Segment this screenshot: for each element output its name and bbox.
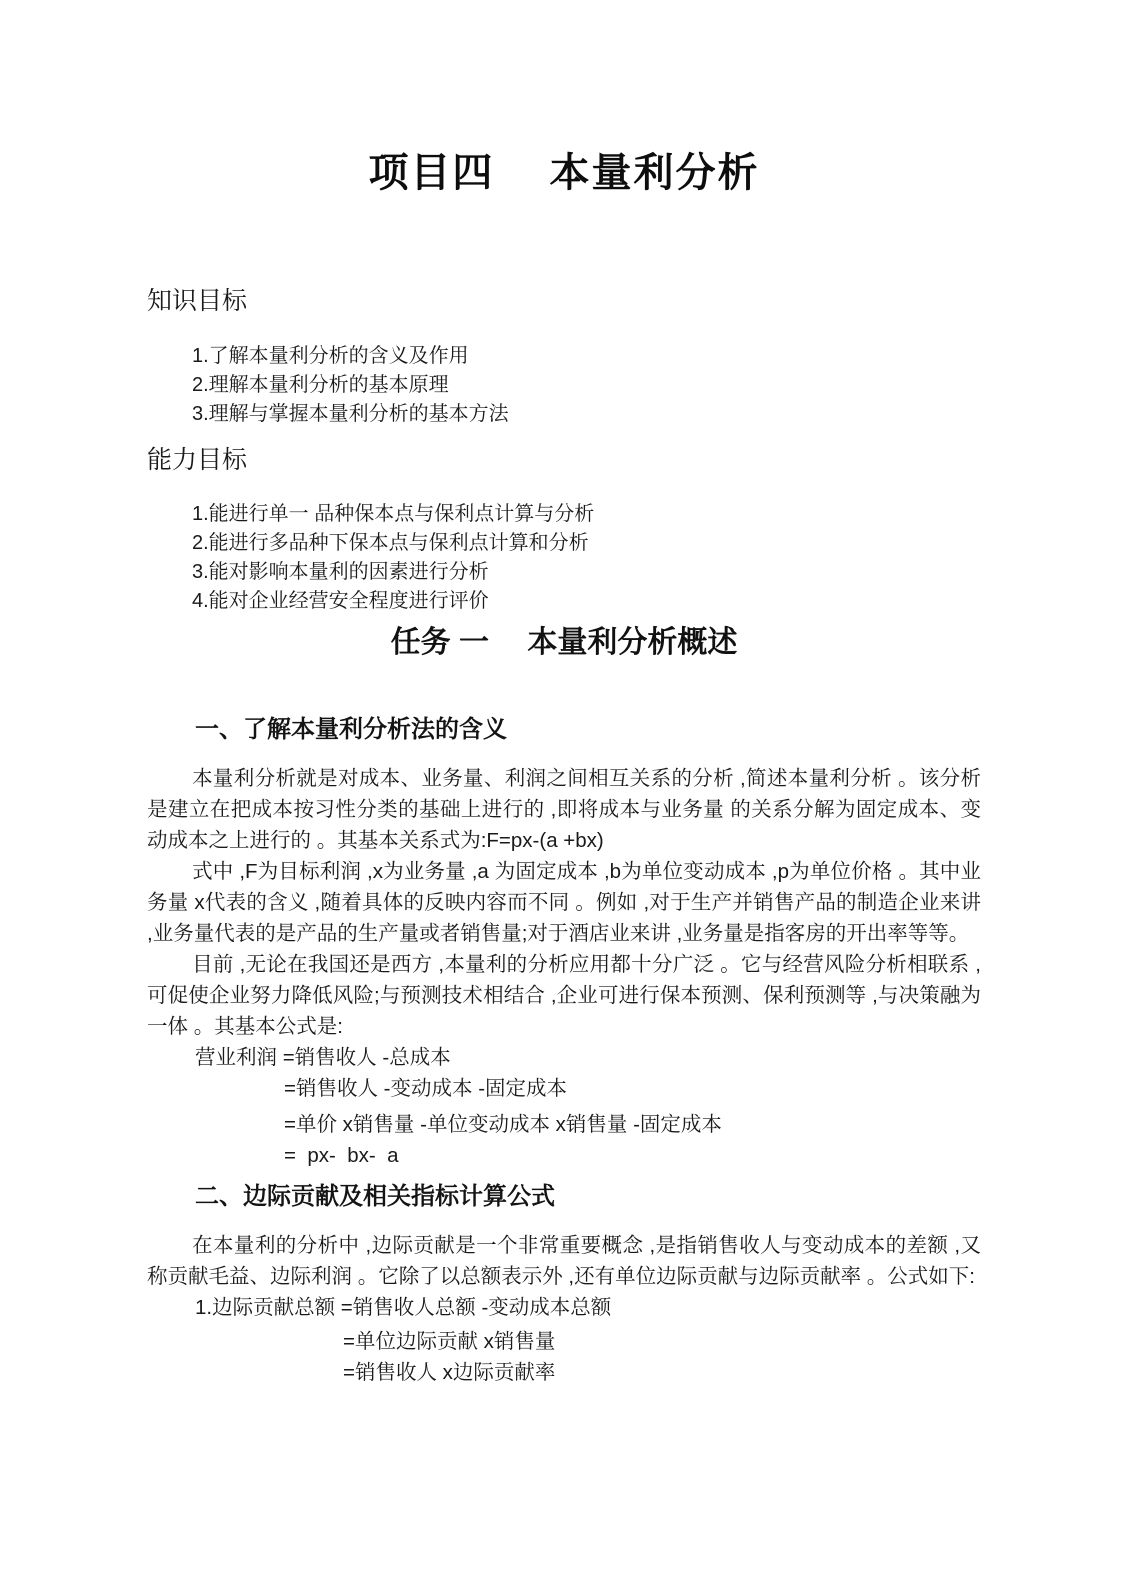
- section1-paragraph-3: 目前 ,无论在我国还是西方 ,本量利的分析应用都十分广泛 。它与经营风险分析相联…: [147, 949, 981, 1042]
- chapter-title: 项目四 本量利分析: [147, 150, 981, 196]
- knowledge-goal-item: 1.了解本量利分析的含义及作用: [192, 342, 981, 371]
- document-page: 项目四 本量利分析 知识目标 1.了解本量利分析的含义及作用 2.理解本量利分析…: [0, 0, 1128, 1570]
- task-heading: 任务 一 本量利分析概述: [147, 624, 981, 662]
- ability-goal-item: 4.能对企业经营安全程度进行评价: [192, 587, 981, 616]
- section1-paragraph-2: 式中 ,F为目标利润 ,x为业务量 ,a 为固定成本 ,b为单位变动成本 ,p为…: [147, 856, 981, 949]
- formula-line: =销售收人 x边际贡献率: [147, 1357, 981, 1388]
- ability-goal-item: 2.能进行多品种下保本点与保利点计算和分析: [192, 529, 981, 558]
- section1-heading: 一、了解本量利分析法的含义: [147, 714, 981, 746]
- formula-line: = px- bx- a: [147, 1140, 981, 1171]
- section2-heading: 二、边际贡献及相关指标计算公式: [147, 1181, 981, 1213]
- formula-line: =单位边际贡献 x销售量: [147, 1326, 981, 1357]
- knowledge-goal-item: 3.理解与掌握本量利分析的基本方法: [192, 400, 981, 429]
- knowledge-goal-item: 2.理解本量利分析的基本原理: [192, 371, 981, 400]
- formula-contribution-margin: 1.边际贡献总额 =销售收人总额 -变动成本总额: [147, 1292, 981, 1323]
- knowledge-goals-heading: 知识目标: [147, 286, 981, 316]
- section1-paragraph-1: 本量利分析就是对成本、业务量、利润之间相互关系的分析 ,简述本量利分析 。该分析…: [147, 763, 981, 856]
- ability-goals-heading: 能力目标: [147, 445, 981, 475]
- formula-line: =销售收人 -变动成本 -固定成本: [147, 1073, 981, 1104]
- ability-goal-item: 3.能对影响本量利的因素进行分析: [192, 558, 981, 587]
- ability-goals-list: 1.能进行单一 品种保本点与保利点计算与分析 2.能进行多品种下保本点与保利点计…: [147, 500, 981, 616]
- formula-operating-profit: 营业利润 =销售收人 -总成本: [147, 1042, 981, 1073]
- formula-line: =单价 x销售量 -单位变动成本 x销售量 -固定成本: [147, 1109, 981, 1140]
- ability-goal-item: 1.能进行单一 品种保本点与保利点计算与分析: [192, 500, 981, 529]
- knowledge-goals-list: 1.了解本量利分析的含义及作用 2.理解本量利分析的基本原理 3.理解与掌握本量…: [147, 342, 981, 429]
- section2-paragraph-1: 在本量利的分析中 ,边际贡献是一个非常重要概念 ,是指销售收人与变动成本的差额 …: [147, 1230, 981, 1292]
